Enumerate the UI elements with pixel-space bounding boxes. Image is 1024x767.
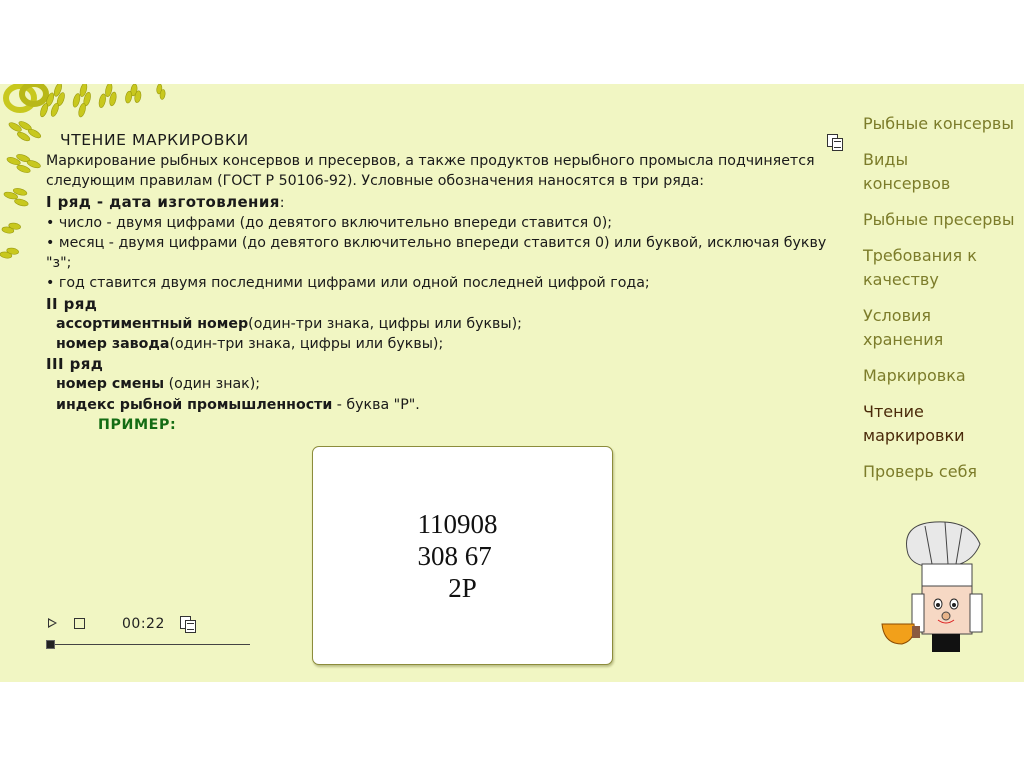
example-line: 2Р	[418, 572, 508, 604]
row3-heading: III ряд	[46, 354, 856, 374]
intro-line-2: следующим правилам (ГОСТ Р 50106-92). Ус…	[46, 171, 856, 191]
row3-item: номер смены (один знак);	[46, 374, 856, 394]
playback-time: 00:22	[122, 616, 165, 632]
chef-mascot-icon	[870, 514, 1020, 674]
nav-item-self-test[interactable]: Проверь себя	[863, 460, 1024, 484]
nav-item-storage[interactable]: Условия хранения	[863, 304, 963, 352]
slide: ЧТЕНИЕ МАРКИРОВКИ Маркирование рыбных ко…	[0, 84, 1024, 682]
slide-navigation: Рыбные консервы Виды консервов Рыбные пр…	[863, 112, 1024, 496]
example-line: 308 67	[418, 540, 508, 572]
row1-item: • год ставится двумя последними цифрами …	[46, 273, 856, 293]
nav-item-reading-marking[interactable]: Чтение маркировки	[863, 400, 983, 448]
row2-item: номер завода(один-три знака, цифры или б…	[46, 334, 856, 354]
copy-icon[interactable]	[826, 133, 844, 151]
row1-item: "з";	[46, 253, 856, 273]
nav-item-fish-canned[interactable]: Рыбные консервы	[863, 112, 1024, 136]
stop-icon[interactable]	[74, 618, 85, 629]
row2-item: ассортиментный номер(один-три знака, циф…	[46, 314, 856, 334]
example-card: 110908 308 67 2Р	[312, 446, 613, 665]
example-label: ПРИМЕР:	[46, 415, 856, 435]
nav-item-quality[interactable]: Требования к качеству	[863, 244, 1003, 292]
slide-content: ЧТЕНИЕ МАРКИРОВКИ Маркирование рыбных ко…	[46, 130, 856, 435]
row1-item: • число - двумя цифрами (до девятого вкл…	[46, 213, 856, 233]
slide-title: ЧТЕНИЕ МАРКИРОВКИ	[46, 130, 856, 150]
copy-icon[interactable]	[179, 615, 197, 633]
intro-line-1: Маркирование рыбных консервов и пресерво…	[46, 151, 856, 171]
play-icon[interactable]	[48, 618, 57, 628]
row1-item: • месяц - двумя цифрами (до девятого вкл…	[46, 233, 856, 253]
example-line: 110908	[418, 508, 508, 540]
nav-item-marking[interactable]: Маркировка	[863, 364, 1024, 388]
nav-item-preserves[interactable]: Рыбные пресервы	[863, 208, 1024, 232]
row1-heading: I ряд - дата изготовления:	[46, 192, 856, 213]
row2-heading: II ряд	[46, 294, 856, 314]
audio-player: 00:22	[46, 614, 256, 654]
seek-handle[interactable]	[46, 640, 55, 649]
row3-item: индекс рыбной промышленности - буква "Р"…	[46, 395, 856, 415]
seek-bar[interactable]	[46, 644, 250, 645]
nav-item-types[interactable]: Виды консервов	[863, 148, 963, 196]
